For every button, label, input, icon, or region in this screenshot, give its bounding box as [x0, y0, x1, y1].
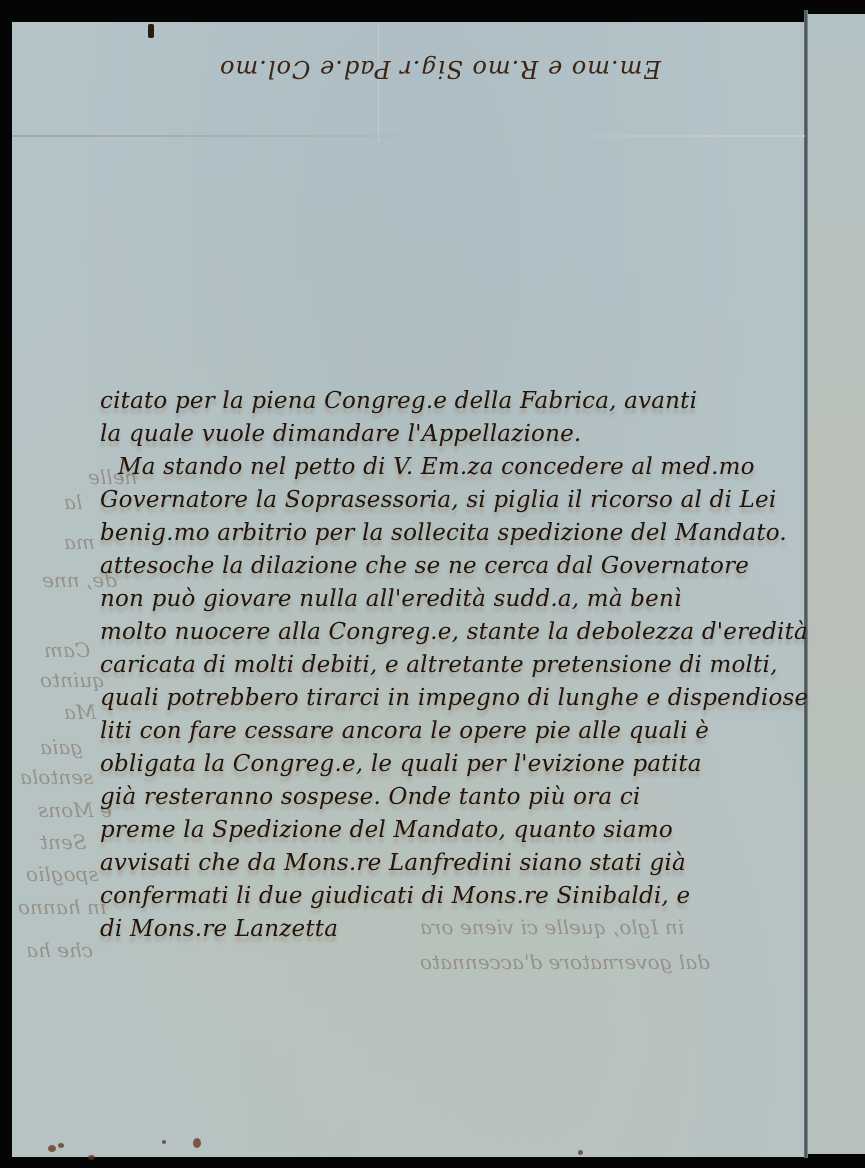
manuscript-line: non può giovare nulla all'eredità sudd.a… [100, 583, 820, 616]
manuscript-line: obligata la Congreg.e, le quali per l'ev… [100, 748, 820, 781]
manuscript-line: avvisati che da Mons.re Lanfredini siano… [100, 847, 820, 880]
manuscript-line: Governatore la Soprasessoria, si piglia … [100, 484, 820, 517]
manuscript-line: già resteranno sospese. Onde tanto più o… [100, 781, 820, 814]
manuscript-line: preme la Spedizione del Mandato, quanto … [100, 814, 820, 847]
manuscript-line: attesoche la dilazione che se ne cerca d… [100, 550, 820, 583]
bleed-through-text: quinto [40, 668, 105, 692]
bleed-through-text: ma [64, 530, 95, 554]
foxing-stain [162, 1140, 166, 1144]
manuscript-line: la quale vuole dimandare l'Appellazione. [100, 418, 820, 451]
manuscript-line: liti con fare cessare ancora le opere pi… [100, 715, 820, 748]
bleed-through-text: in hanno [18, 895, 106, 919]
manuscript-line: Ma stando nel petto di V. Em.za conceder… [100, 451, 820, 484]
inverted-address-line: Em.mo e R.mo Sig.r Pad.e Col.mo [200, 55, 680, 83]
ink-blot [148, 24, 154, 38]
bleed-through-text: gaia [40, 735, 83, 759]
bleed-through-text: spoglio [26, 862, 99, 886]
foxing-stain [48, 1145, 56, 1152]
bleed-through-text: la [64, 490, 82, 514]
manuscript-line: benig.mo arbitrio per la sollecita spedi… [100, 517, 820, 550]
bleed-through-text: che ha [26, 938, 93, 962]
bleed-through-text: Ma [64, 700, 96, 724]
letter-body: citato per la piena Congreg.e della Fabr… [100, 385, 820, 946]
bleed-through-text: dal governatore d'accennato [420, 950, 710, 974]
foxing-stain [58, 1143, 64, 1148]
bleed-through-text: Cam [44, 638, 90, 662]
manuscript-line: caricata di molti debiti, e altretante p… [100, 649, 820, 682]
manuscript-line: quali potrebbero tirarci in impegno di l… [100, 682, 820, 715]
foxing-stain [578, 1150, 583, 1155]
foxing-stain [88, 1155, 95, 1160]
foxing-stain [193, 1138, 201, 1148]
bleed-through-text: Sent [40, 830, 86, 854]
horizontal-fold-crease [12, 135, 805, 137]
manuscript-line: citato per la piena Congreg.e della Fabr… [100, 385, 820, 418]
manuscript-line: di Mons.re Lanzetta [100, 913, 820, 946]
manuscript-line: confermati li due giudicati di Mons.re S… [100, 880, 820, 913]
bleed-through-text: sentola [20, 765, 93, 789]
manuscript-line: molto nuocere alla Congreg.e, stante la … [100, 616, 820, 649]
